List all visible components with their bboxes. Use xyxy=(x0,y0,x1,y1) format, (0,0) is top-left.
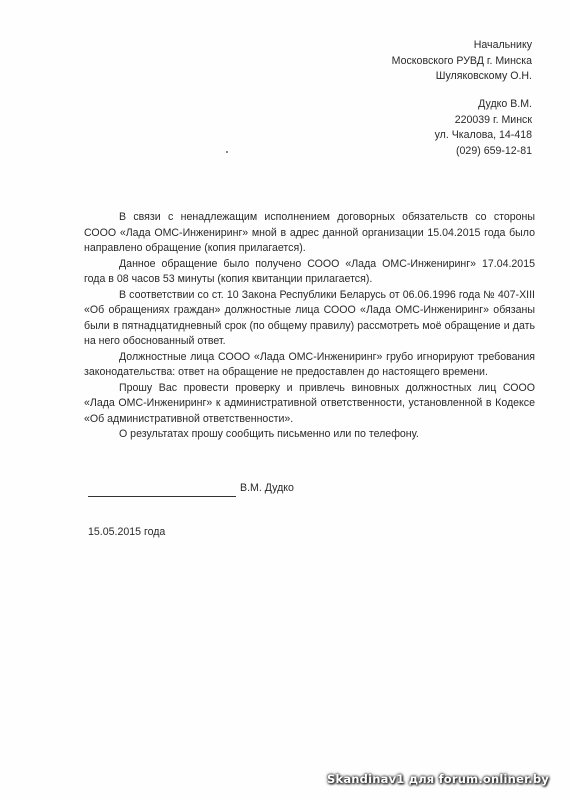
addressee-line: Московского РУВД г. Минска xyxy=(392,54,532,70)
body-paragraph: Должностные лица СООО «Лада ОМС-Инженири… xyxy=(84,350,535,381)
body-paragraph: В связи с ненадлежащим исполнением догов… xyxy=(84,210,535,257)
body-paragraph: О результатах прошу сообщить письменно и… xyxy=(84,427,535,443)
sender-name: Дудко В.М. xyxy=(435,97,532,113)
addressee-block: Начальнику Московского РУВД г. Минска Шу… xyxy=(392,38,532,85)
letter-body: В связи с ненадлежащим исполнением догов… xyxy=(84,210,535,443)
signature-block: В.М. Дудко xyxy=(88,481,294,497)
signature-name: В.М. Дудко xyxy=(240,481,294,497)
body-paragraph: Прошу Вас провести проверку и привлечь в… xyxy=(84,381,535,428)
addressee-line: Начальнику xyxy=(392,38,532,54)
scan-speck xyxy=(226,151,228,153)
watermark: Skandinav1 для forum.onliner.by xyxy=(327,772,549,788)
letter-date: 15.05.2015 года xyxy=(88,525,165,541)
sender-phone: (029) 659-12-81 xyxy=(435,144,532,160)
sender-postal: 220039 г. Минск xyxy=(435,113,532,129)
body-paragraph: В соответствии со ст. 10 Закона Республи… xyxy=(84,288,535,350)
body-paragraph: Данное обращение было получено СООО «Лад… xyxy=(84,257,535,288)
signature-line xyxy=(88,484,236,497)
sender-block: Дудко В.М. 220039 г. Минск ул. Чкалова, … xyxy=(435,97,532,159)
scanned-letter-page: Начальнику Московского РУВД г. Минска Шу… xyxy=(0,0,570,800)
sender-street: ул. Чкалова, 14-418 xyxy=(435,128,532,144)
addressee-line: Шуляковскому О.Н. xyxy=(392,69,532,85)
